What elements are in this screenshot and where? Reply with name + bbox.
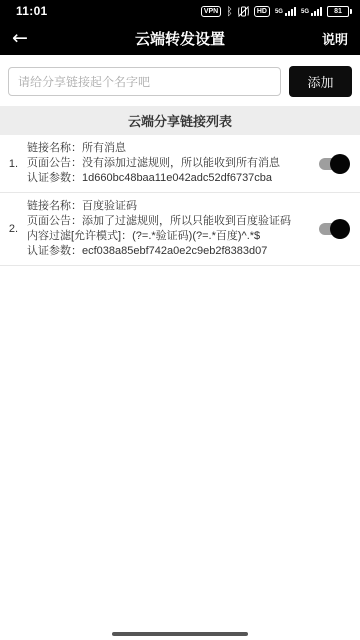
- status-bar: 11:01 VPN ᛒ HD 5G 5G 81: [0, 0, 360, 22]
- page-title: 云端转发设置: [0, 28, 360, 49]
- item-details: 链接名称：所有消息 页面公告：没有添加过滤规则，所以能收到所有消息 认证参数：1…: [27, 141, 314, 186]
- bluetooth-icon: ᛒ: [226, 6, 233, 17]
- clock: 11:01: [16, 4, 48, 18]
- status-icons: VPN ᛒ HD 5G 5G 81: [201, 6, 352, 17]
- link-name-line: 链接名称：所有消息: [27, 141, 314, 156]
- content-filter-line: 内容过滤[允许模式]：(?=.*验证码)(?=.*百度)^.*$: [27, 229, 314, 244]
- item-index: 2.: [0, 223, 27, 235]
- link-name-input[interactable]: [8, 67, 281, 96]
- back-button[interactable]: ←: [12, 29, 28, 48]
- link-name-line: 链接名称：百度验证码: [27, 199, 314, 214]
- app-bar: ← 云端转发设置 说明: [0, 22, 360, 55]
- signal-5g-icon-sim1: 5G: [275, 7, 296, 16]
- battery-icon: 81: [327, 6, 352, 17]
- page-notice-line: 页面公告：添加了过滤规则，所以只能收到百度验证码: [27, 214, 314, 229]
- battery-percent: 81: [327, 6, 349, 17]
- link-enabled-toggle[interactable]: [319, 154, 350, 174]
- page-notice-line: 页面公告：没有添加过滤规则，所以能收到所有消息: [27, 156, 314, 171]
- add-link-row: 添加: [0, 55, 360, 106]
- link-enabled-toggle[interactable]: [319, 219, 350, 239]
- hd-voice-icon: HD: [254, 6, 270, 17]
- help-button[interactable]: 说明: [322, 29, 348, 48]
- list-section-title: 云端分享链接列表: [0, 106, 360, 135]
- auth-param-line: 认证参数：ecf038a85ebf742a0e2c9eb2f8383d07: [27, 244, 314, 259]
- home-indicator[interactable]: [112, 632, 248, 636]
- share-link-item-2[interactable]: 2. 链接名称：百度验证码 页面公告：添加了过滤规则，所以只能收到百度验证码 内…: [0, 193, 360, 266]
- auth-param-line: 认证参数：1d660bc48baa11e042adc52df6737cba: [27, 171, 314, 186]
- vpn-icon: VPN: [201, 6, 221, 17]
- item-index: 1.: [0, 158, 27, 170]
- vibrate-off-icon: [238, 6, 249, 17]
- signal-5g-icon-sim2: 5G: [301, 7, 322, 16]
- item-details: 链接名称：百度验证码 页面公告：添加了过滤规则，所以只能收到百度验证码 内容过滤…: [27, 199, 314, 259]
- add-button[interactable]: 添加: [289, 66, 352, 97]
- share-link-item-1[interactable]: 1. 链接名称：所有消息 页面公告：没有添加过滤规则，所以能收到所有消息 认证参…: [0, 135, 360, 193]
